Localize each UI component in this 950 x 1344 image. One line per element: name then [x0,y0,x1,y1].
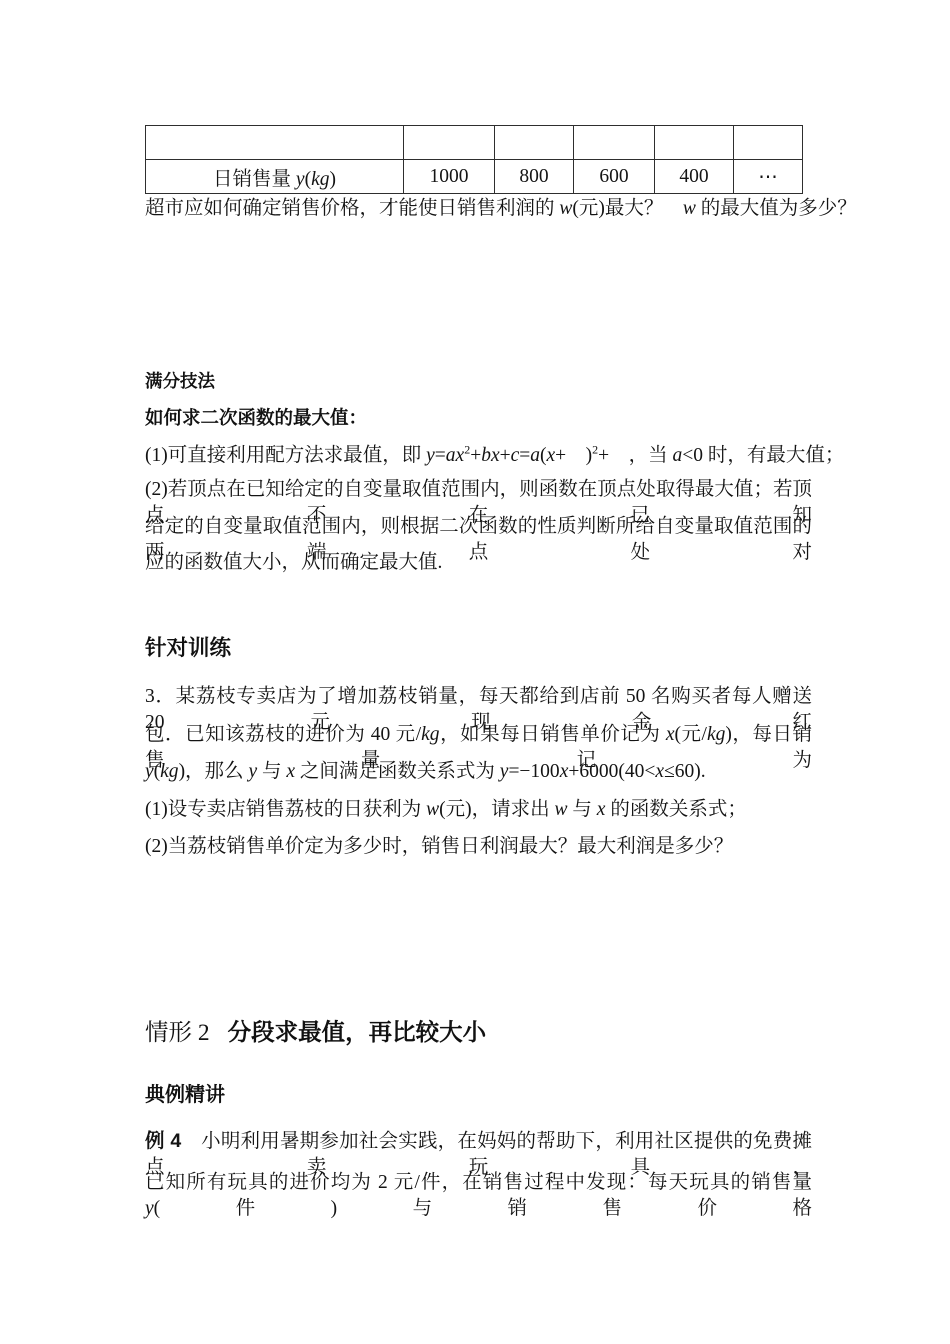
examples-heading: 典例精讲 [145,1078,225,1107]
table-cell-empty [574,126,655,160]
table-cell-value: 600 [574,160,655,194]
table-cell-value: 1000 [404,160,495,194]
table-cell-empty [734,126,803,160]
problem-3-part-2: (2)当荔枝销售单价定为多少时，销售日利润最大？最大利润是多少？ [145,834,812,860]
problem-3-part-1: (1)设专卖店销售荔枝的日获利为 w(元)，请求出 w 与 x 的函数关系式； [145,797,812,823]
table-cell-empty [404,126,495,160]
tips-point-2-line-3: 应的函数值大小，从而确定最大值. [145,550,812,576]
table-cell-value: 800 [495,160,574,194]
table-cell-ellipsis: ⋯ [734,160,803,194]
tips-point-1: (1)可直接利用配方法求最值，即 y=ax2+bx+c=a(x+ )2+ ，当 … [145,443,812,469]
case-2-title: 分段求最值，再比较大小 [228,1019,487,1045]
table-row-empty [146,126,803,160]
case-2-heading: 情形 2分段求最值，再比较大小 [145,1013,486,1047]
table-row-label: 日销售量 y(kg) [146,160,404,194]
tips-subheading: 如何求二次函数的最大值： [145,404,367,430]
tips-heading: 满分技法 [145,368,215,393]
problem-3-line-3: y(kg)，那么 y 与 x 之间满足函数关系式为 y=−100x+6000(4… [145,759,812,785]
case-2-label: 情形 2 [145,1020,210,1046]
table-cell-empty [655,126,734,160]
table-cell-empty [146,126,404,160]
example-4-line-2: 已知所有玩具的进价均为 2 元/件，在销售过程中发现：每天玩具的销售量 y(件)… [145,1170,812,1222]
table-row-daily-sales: 日销售量 y(kg) 1000 800 600 400 ⋯ [146,160,803,194]
training-heading: 针对训练 [145,631,231,662]
table-cell-value: 400 [655,160,734,194]
worksheet-page: 日销售量 y(kg) 1000 800 600 400 ⋯ 超市应如何确定销售价… [0,0,950,1344]
sales-table: 日销售量 y(kg) 1000 800 600 400 ⋯ [145,125,803,194]
question-text: 超市应如何确定销售价格，才能使日销售利润的 w(元)最大？ w 的最大值为多少？ [145,196,812,222]
table-cell-empty [495,126,574,160]
